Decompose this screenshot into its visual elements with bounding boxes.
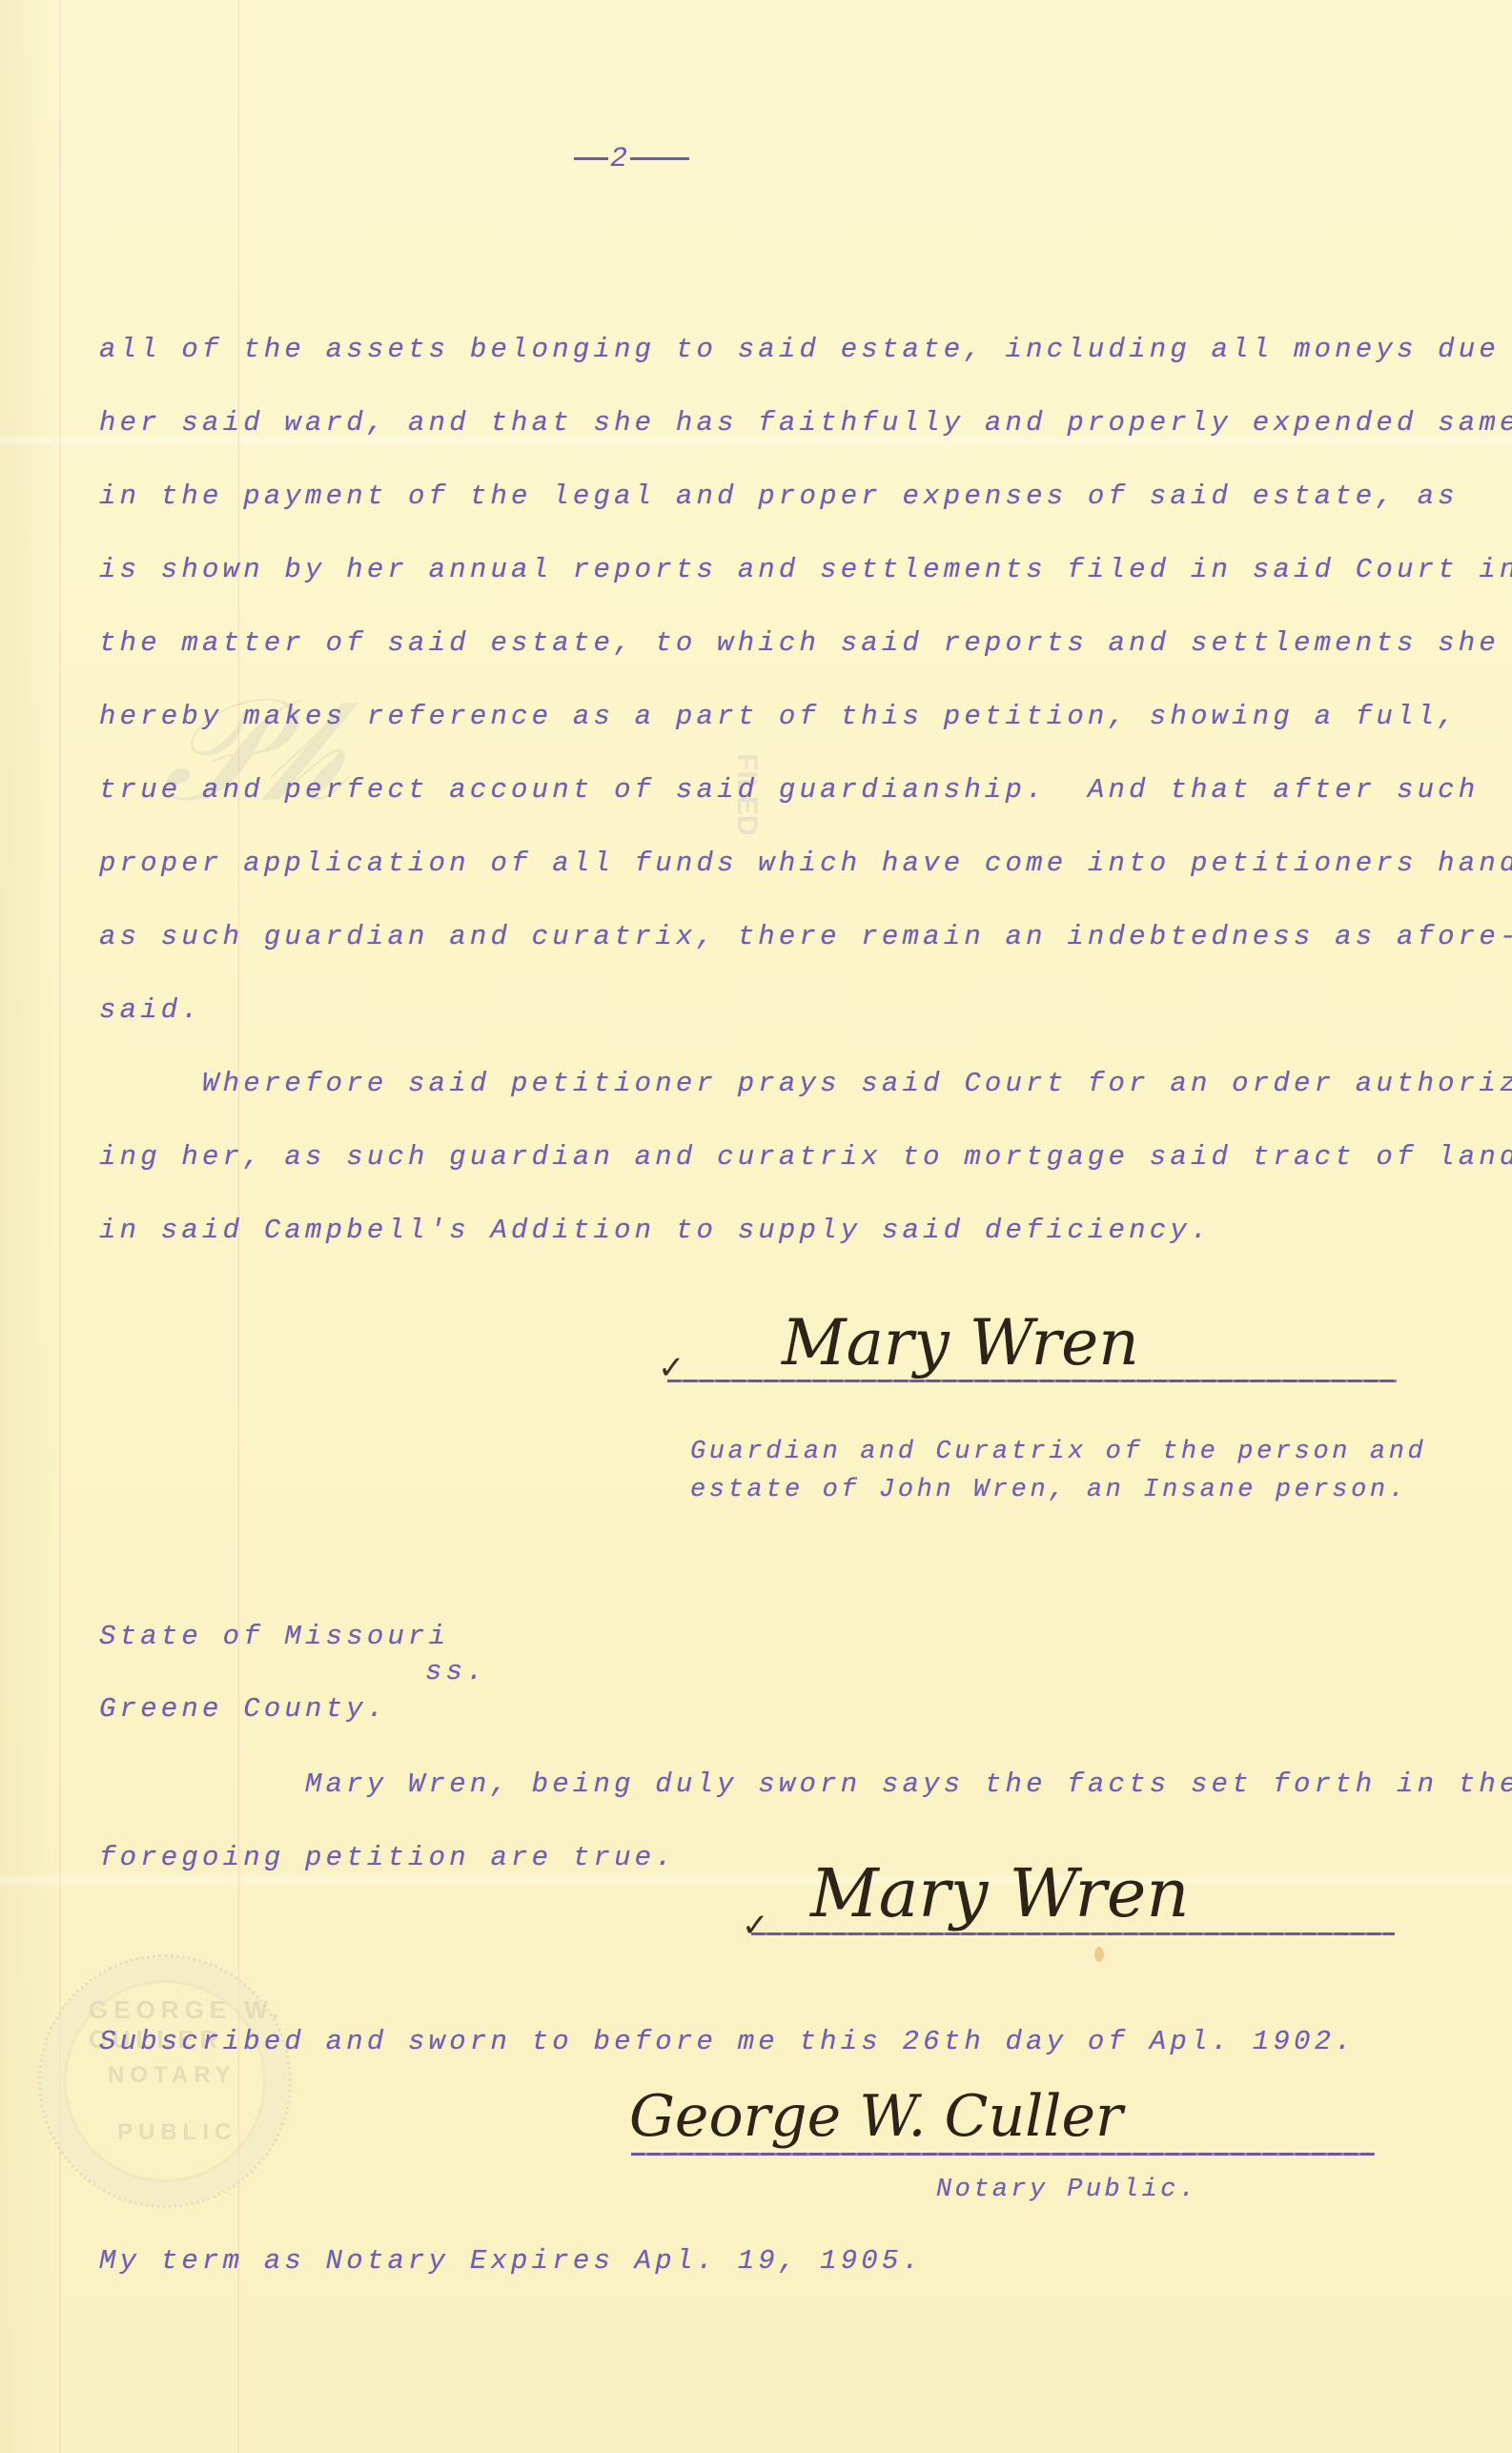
body-line: as such guardian and curatrix, there rem… bbox=[99, 921, 1512, 952]
body-line: the matter of said estate, to which said… bbox=[99, 627, 1500, 659]
seal-center-top: NOTARY bbox=[108, 2062, 236, 2089]
affidavit-line: Mary Wren, being duly sworn says the fac… bbox=[99, 1768, 1512, 1800]
notary-signature: George W. Culler bbox=[629, 2083, 1123, 2150]
signature-line bbox=[751, 1932, 1395, 1935]
body-line: hereby makes reference as a part of this… bbox=[99, 701, 1459, 732]
body-line: her said ward, and that she has faithful… bbox=[99, 407, 1512, 439]
venue-ss: ss. bbox=[425, 1656, 487, 1687]
signature-line bbox=[667, 1380, 1397, 1382]
prayer-line: Wherefore said petitioner prays said Cou… bbox=[99, 1068, 1512, 1099]
embossed-notary-seal: GEORGE W. CULLER NOTARY PUBLIC bbox=[38, 1954, 292, 2208]
paper-fold bbox=[0, 1873, 1512, 1887]
body-line: in the payment of the legal and proper e… bbox=[99, 480, 1459, 512]
body-line: is shown by her annual reports and settl… bbox=[99, 554, 1512, 585]
signature-line bbox=[631, 2153, 1375, 2156]
page-number-value: 2 bbox=[610, 143, 628, 175]
petitioner-title-line: Guardian and Curatrix of the person and bbox=[690, 1438, 1426, 1466]
body-line: true and perfect account of said guardia… bbox=[99, 774, 1479, 806]
page-number: 2 bbox=[572, 143, 691, 175]
prayer-line: ing her, as such guardian and curatrix t… bbox=[99, 1141, 1512, 1173]
dash-left bbox=[574, 157, 608, 160]
venue-county: Greene County. bbox=[99, 1693, 387, 1725]
body-line: proper application of all funds which ha… bbox=[99, 848, 1512, 879]
check-mark-icon: ✓ bbox=[742, 1907, 769, 1945]
affidavit-line: foregoing petition are true. bbox=[99, 1842, 676, 1873]
prayer-line: in said Campbell's Addition to supply sa… bbox=[99, 1215, 1212, 1246]
dash-right bbox=[630, 157, 689, 160]
jurat: Subscribed and sworn to before me this 2… bbox=[99, 2026, 1356, 2057]
venue-state: State of Missouri bbox=[99, 1621, 449, 1652]
seal-center-bottom: PUBLIC bbox=[117, 2119, 236, 2146]
document-page: 𝒫𝒽 FILED 2 all of the assets belonging t… bbox=[0, 0, 1512, 2453]
paper-stain bbox=[1094, 1947, 1104, 1962]
petitioner-signature: Mary Wren bbox=[782, 1306, 1139, 1380]
faint-pencil-bleedthrough: 𝒫𝒽 bbox=[162, 667, 347, 836]
body-line: all of the assets belonging to said esta… bbox=[99, 334, 1500, 365]
affiant-signature: Mary Wren bbox=[810, 1854, 1189, 1932]
body-line: said. bbox=[99, 994, 202, 1026]
notary-term: My term as Notary Expires Apl. 19, 1905. bbox=[99, 2245, 923, 2277]
notary-title: Notary Public. bbox=[936, 2176, 1197, 2204]
petitioner-title-line: estate of John Wren, an Insane person. bbox=[690, 1476, 1408, 1504]
